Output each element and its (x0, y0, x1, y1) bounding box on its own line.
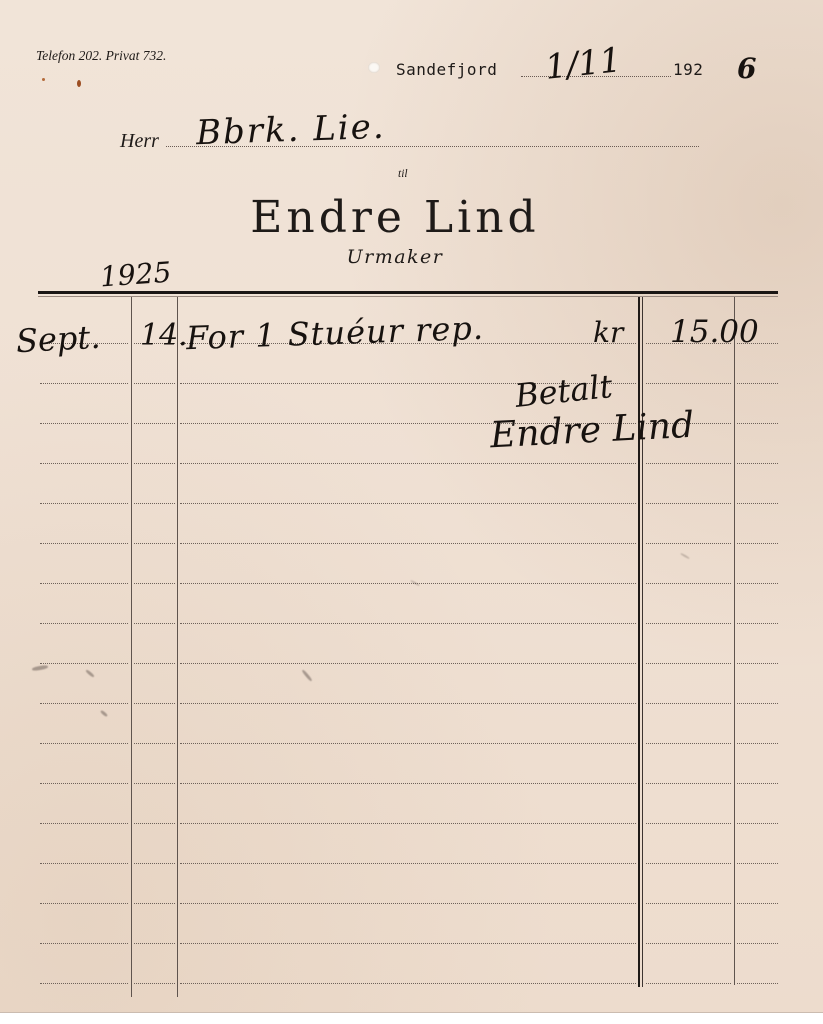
ledger-row-line (180, 903, 636, 904)
ledger-row-line (40, 383, 128, 384)
ledger-row-line (737, 743, 778, 744)
ledger-row-line (134, 983, 175, 984)
ledger-row-line (134, 743, 175, 744)
ledger-row-line (646, 983, 731, 984)
handwritten-recipient: Bbrk. Lie. (195, 107, 386, 154)
ledger-row-line (180, 663, 636, 664)
ledger-row-line (646, 903, 731, 904)
ledger-row-line (737, 383, 778, 384)
ledger-row-line (180, 503, 636, 504)
ledger-row-line (646, 623, 731, 624)
ledger-row-line (40, 783, 128, 784)
ledger-row-line (40, 703, 128, 704)
telephone-line: Telefon 202. Privat 732. (36, 48, 166, 64)
ledger-row-line (134, 463, 175, 464)
column-divider-month (131, 297, 132, 997)
entry-description: For 1 Stuéur rep. (185, 309, 484, 357)
ledger-row-line (134, 383, 175, 384)
ink-smudge (301, 669, 312, 682)
ledger-row-line (134, 423, 175, 424)
column-divider-ore (734, 297, 735, 985)
invoice-paper: Telefon 202. Privat 732. Sandefjord 192 … (0, 0, 823, 1024)
ledger-row-line (40, 983, 128, 984)
ink-smudge (100, 710, 108, 717)
salutation: Herr (120, 130, 159, 153)
ledger-row-line (737, 543, 778, 544)
year-prefix: 192 (673, 60, 703, 79)
ledger-row-line (737, 983, 778, 984)
ledger-row-line (40, 583, 128, 584)
ledger-row-line (180, 543, 636, 544)
ledger-row-line (646, 863, 731, 864)
city-name: Sandefjord (396, 60, 497, 79)
ledger-row-line (134, 703, 175, 704)
entry-month: Sept. (15, 318, 101, 360)
ledger-row-line (646, 383, 731, 384)
ledger-row-line (737, 623, 778, 624)
handwritten-year-digit: 6 (737, 52, 756, 85)
ledger-row-line (134, 543, 175, 544)
ledger-row-line (737, 703, 778, 704)
handwritten-ledger-year: 1925 (99, 256, 172, 294)
ledger-row-line (180, 863, 636, 864)
ledger-row-line (180, 583, 636, 584)
ledger-row-line (737, 783, 778, 784)
ledger-row-line (40, 943, 128, 944)
ledger-row-line (134, 783, 175, 784)
ledger-row-line (180, 623, 636, 624)
ledger-row-line (180, 823, 636, 824)
ledger-row-line (180, 983, 636, 984)
entry-currency: kr (593, 316, 623, 349)
ledger-row-line (180, 783, 636, 784)
ledger-row-line (40, 463, 128, 464)
ledger-row-line (40, 663, 128, 664)
column-divider-amount (638, 297, 640, 987)
rust-spot (42, 78, 45, 81)
ledger-row-line (737, 583, 778, 584)
paid-note: Betalt (513, 367, 614, 415)
ledger-row-line (646, 743, 731, 744)
handwritten-date: 1/11 (543, 40, 623, 88)
ledger-row-line (646, 823, 731, 824)
ledger-row-line (646, 783, 731, 784)
ink-smudge (85, 669, 95, 678)
ledger-row-line (40, 903, 128, 904)
column-divider-day (177, 297, 178, 997)
ledger-row-line (646, 703, 731, 704)
ledger-row-line (134, 503, 175, 504)
ledger-row-line (737, 423, 778, 424)
scan-edge (0, 1012, 823, 1024)
ledger-row-line (180, 463, 636, 464)
entry-day: 14. (140, 318, 188, 353)
ledger-row-line (134, 823, 175, 824)
ledger-row-line (40, 743, 128, 744)
ledger-row-line (180, 743, 636, 744)
ledger-row-line (737, 863, 778, 864)
rust-spot (77, 80, 81, 87)
entry-amount: 15.00 (670, 314, 759, 350)
ledger-row-line (40, 863, 128, 864)
ledger-row-line (646, 543, 731, 544)
header-rule-thin (38, 296, 778, 297)
ledger-row-line (40, 423, 128, 424)
company-name: Endre Lind (0, 192, 790, 243)
ledger-row-line (737, 463, 778, 464)
ledger-row-line (40, 543, 128, 544)
ledger-row-line (646, 943, 731, 944)
ledger-row-line (40, 823, 128, 824)
ledger-row-line (180, 943, 636, 944)
ink-smudge (32, 665, 48, 672)
ledger-row-line (737, 943, 778, 944)
column-divider-amount-inner (642, 297, 643, 987)
ink-smudge (680, 553, 690, 560)
ledger-row-line (737, 903, 778, 904)
to-label: til (398, 168, 408, 180)
ledger-row-line (134, 863, 175, 864)
punch-hole (368, 62, 380, 73)
ledger-row-line (737, 823, 778, 824)
ledger-row-line (134, 623, 175, 624)
ledger-row-line (134, 943, 175, 944)
ledger-row-line (737, 663, 778, 664)
ledger-row-line (737, 503, 778, 504)
header-rule (38, 291, 778, 294)
ledger-row-line (646, 463, 731, 464)
ledger-row-line (40, 623, 128, 624)
ledger-row-line (646, 583, 731, 584)
ledger-row-line (134, 583, 175, 584)
ledger-row-line (180, 703, 636, 704)
ledger-row-line (646, 503, 731, 504)
ledger-row-line (40, 503, 128, 504)
ledger-row-line (646, 663, 731, 664)
ledger-row-line (134, 663, 175, 664)
ledger-row-line (134, 903, 175, 904)
